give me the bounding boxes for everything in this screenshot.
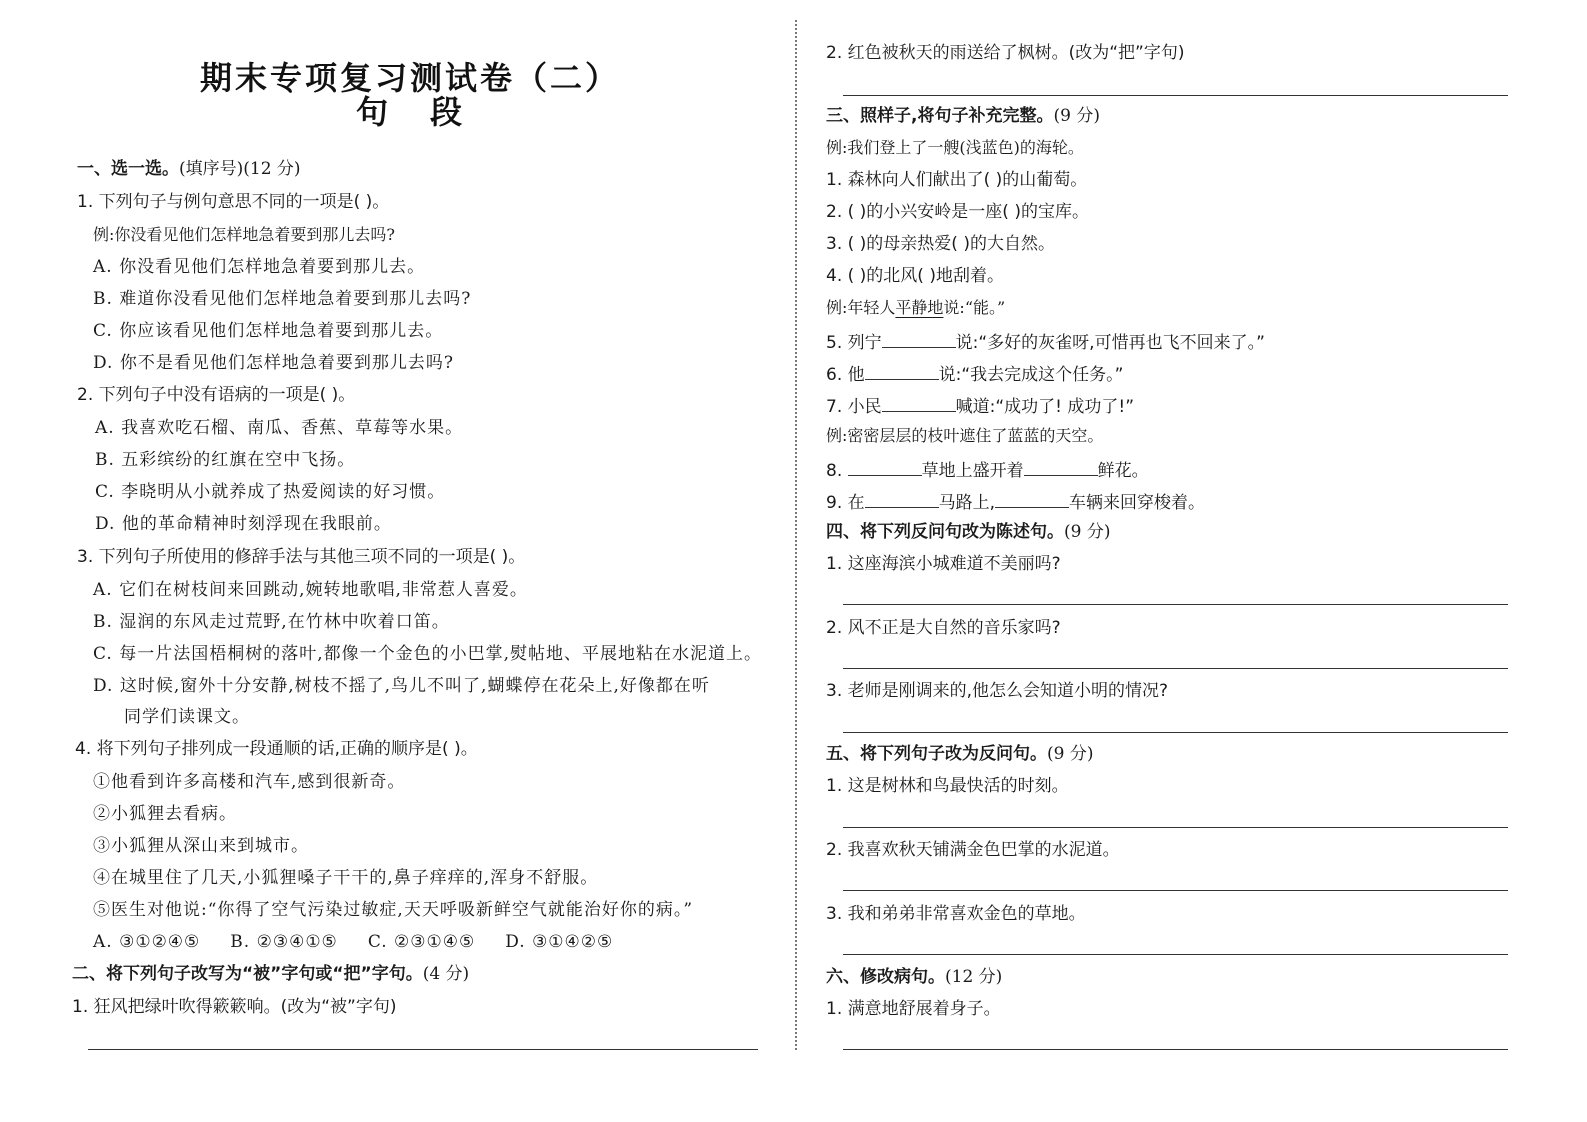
answer-line-5-2[interactable] (843, 890, 1508, 891)
order-choice-c: C. ②③①④⑤ (368, 932, 475, 952)
question-2-2: 2. 红色被秋天的雨送给了枫树。(改为“把”字句) (826, 42, 1185, 64)
option-1-1-b: B. 难道你没看见他们怎样地急着要到那儿去吗? (93, 288, 471, 310)
section-3-heading: 三、照样子,将句子补充完整。(9 分) (826, 105, 1100, 127)
question-1-3-stem: 3. 下列句子所使用的修辞手法与其他三项不同的一项是( )。 (77, 546, 525, 568)
option-1-2-b: B. 五彩缤纷的红旗在空中飞扬。 (95, 449, 355, 471)
blank-8a[interactable] (848, 457, 922, 476)
sentence-item-1: ①他看到许多高楼和汽车,感到很新奇。 (93, 771, 405, 793)
answer-line-2-2[interactable] (843, 95, 1508, 96)
question-5-1: 1. 这是树林和鸟最快活的时刻。 (826, 775, 1069, 797)
blank-9b[interactable] (995, 489, 1069, 508)
fill-item-6: 6. 他说:“我去完成这个任务。” (826, 361, 1123, 386)
section-2-heading: 二、将下列句子改写为“被”字句或“把”字句。(4 分) (72, 963, 469, 985)
question-6-1: 1. 满意地舒展着身子。 (826, 998, 1001, 1020)
answer-line-4-3[interactable] (843, 732, 1508, 733)
answer-line-4-2[interactable] (843, 668, 1508, 669)
order-choices: A. ③①②④⑤B. ②③④①⑤C. ②③①④⑤D. ③①④②⑤ (93, 931, 613, 953)
fill-item-8: 8. 草地上盛开着鲜花。 (826, 457, 1149, 482)
subtitle-char-1: 句 (356, 92, 390, 132)
sentence-item-5: ⑤医生对他说:“你得了空气污染过敏症,天天呼吸新鲜空气就能治好你的病。” (93, 899, 693, 921)
answer-line-2-1[interactable] (88, 1049, 758, 1050)
question-2-1: 1. 狂风把绿叶吹得簌簌响。(改为“被”字句) (72, 996, 397, 1018)
section-4-heading: 四、将下列反问句改为陈述句。(9 分) (826, 521, 1110, 543)
fill-item-1: 1. 森林向人们献出了( )的山葡萄。 (826, 169, 1087, 191)
fill-item-4: 4. ( )的北风( )地刮着。 (826, 265, 1004, 287)
option-1-3-b: B. 湿润的东风走过荒野,在竹林中吹着口笛。 (93, 611, 450, 633)
section-1-heading: 一、选一选。(填序号)(12 分) (77, 158, 301, 180)
question-4-1: 1. 这座海滨小城难道不美丽吗? (826, 553, 1061, 575)
answer-line-4-1[interactable] (843, 604, 1508, 605)
blank-8b[interactable] (1024, 457, 1098, 476)
question-4-3: 3. 老师是刚调来的,他怎么会知道小明的情况? (826, 680, 1168, 702)
sentence-item-4: ④在城里住了几天,小狐狸嗓子干干的,鼻子痒痒的,浑身不舒服。 (93, 867, 598, 889)
order-choice-a: A. ③①②④⑤ (93, 932, 200, 952)
question-5-3: 3. 我和弟弟非常喜欢金色的草地。 (826, 903, 1086, 925)
sentence-item-3: ③小狐狸从深山来到城市。 (93, 835, 309, 857)
section-6-heading: 六、修改病句。(12 分) (826, 966, 1002, 988)
section-3-example-1: 例:我们登上了一艘(浅蓝色)的海轮。 (826, 137, 1084, 159)
page-subtitle: 句段 (60, 92, 760, 132)
blank-7[interactable] (882, 393, 956, 412)
order-choice-b: B. ②③④①⑤ (230, 932, 338, 952)
question-5-2: 2. 我喜欢秋天铺满金色巴掌的水泥道。 (826, 839, 1120, 861)
sentence-item-2: ②小狐狸去看病。 (93, 803, 237, 825)
option-1-3-d: D. 这时候,窗外十分安静,树枝不摇了,鸟儿不叫了,蝴蝶停在花朵上,好像都在听 (93, 675, 710, 697)
subtitle-char-2: 段 (430, 92, 464, 132)
option-1-2-c: C. 李晓明从小就养成了热爱阅读的好习惯。 (95, 481, 445, 503)
column-divider (795, 20, 797, 1050)
option-1-1-c: C. 你应该看见他们怎样地急着要到那儿去。 (93, 320, 443, 342)
order-choice-d: D. ③①④②⑤ (505, 932, 613, 952)
question-1-1-stem: 1. 下列句子与例句意思不同的一项是( )。 (77, 191, 389, 213)
blank-9a[interactable] (865, 489, 939, 508)
answer-line-6-1[interactable] (843, 1049, 1508, 1050)
blank-6[interactable] (865, 361, 939, 380)
question-1-1-example: 例:你没看见他们怎样地急着要到那儿去吗? (93, 224, 395, 246)
question-1-4-stem: 4. 将下列句子排列成一段通顺的话,正确的顺序是( )。 (75, 738, 478, 760)
fill-item-9: 9. 在马路上,车辆来回穿梭着。 (826, 489, 1205, 514)
question-1-2-stem: 2. 下列句子中没有语病的一项是( )。 (77, 384, 355, 406)
option-1-3-a: A. 它们在树枝间来回跳动,婉转地歌唱,非常惹人喜爱。 (93, 579, 528, 601)
option-1-2-a: A. 我喜欢吃石榴、南瓜、香蕉、草莓等水果。 (95, 417, 463, 439)
section-5-heading: 五、将下列句子改为反问句。(9 分) (826, 743, 1093, 765)
answer-line-5-3[interactable] (843, 954, 1508, 955)
option-1-1-a: A. 你没看见他们怎样地急着要到那儿去。 (93, 256, 425, 278)
option-1-2-d: D. 他的革命精神时刻浮现在我眼前。 (95, 513, 392, 535)
option-1-3-c: C. 每一片法国梧桐树的落叶,都像一个金色的小巴掌,熨帖地、平展地粘在水泥道上。 (93, 643, 762, 665)
blank-5[interactable] (882, 329, 956, 348)
fill-item-5: 5. 列宁说:“多好的灰雀呀,可惜再也飞不回来了。” (826, 329, 1265, 354)
example-underlined-word: 平静地 (895, 298, 943, 317)
fill-item-7: 7. 小民喊道:“成功了! 成功了!” (826, 393, 1134, 418)
answer-line-5-1[interactable] (843, 827, 1508, 828)
section-3-example-3: 例:密密层层的枝叶遮住了蓝蓝的天空。 (826, 425, 1103, 447)
option-1-3-d-cont: 同学们读课文。 (124, 706, 250, 728)
question-4-2: 2. 风不正是大自然的音乐家吗? (826, 617, 1061, 639)
section-3-example-2: 例:年轻人平静地说:“能。” (826, 297, 1005, 319)
fill-item-2: 2. ( )的小兴安岭是一座( )的宝库。 (826, 201, 1089, 223)
fill-item-3: 3. ( )的母亲热爱( )的大自然。 (826, 233, 1055, 255)
option-1-1-d: D. 你不是看见他们怎样地急着要到那儿去吗? (93, 352, 454, 374)
